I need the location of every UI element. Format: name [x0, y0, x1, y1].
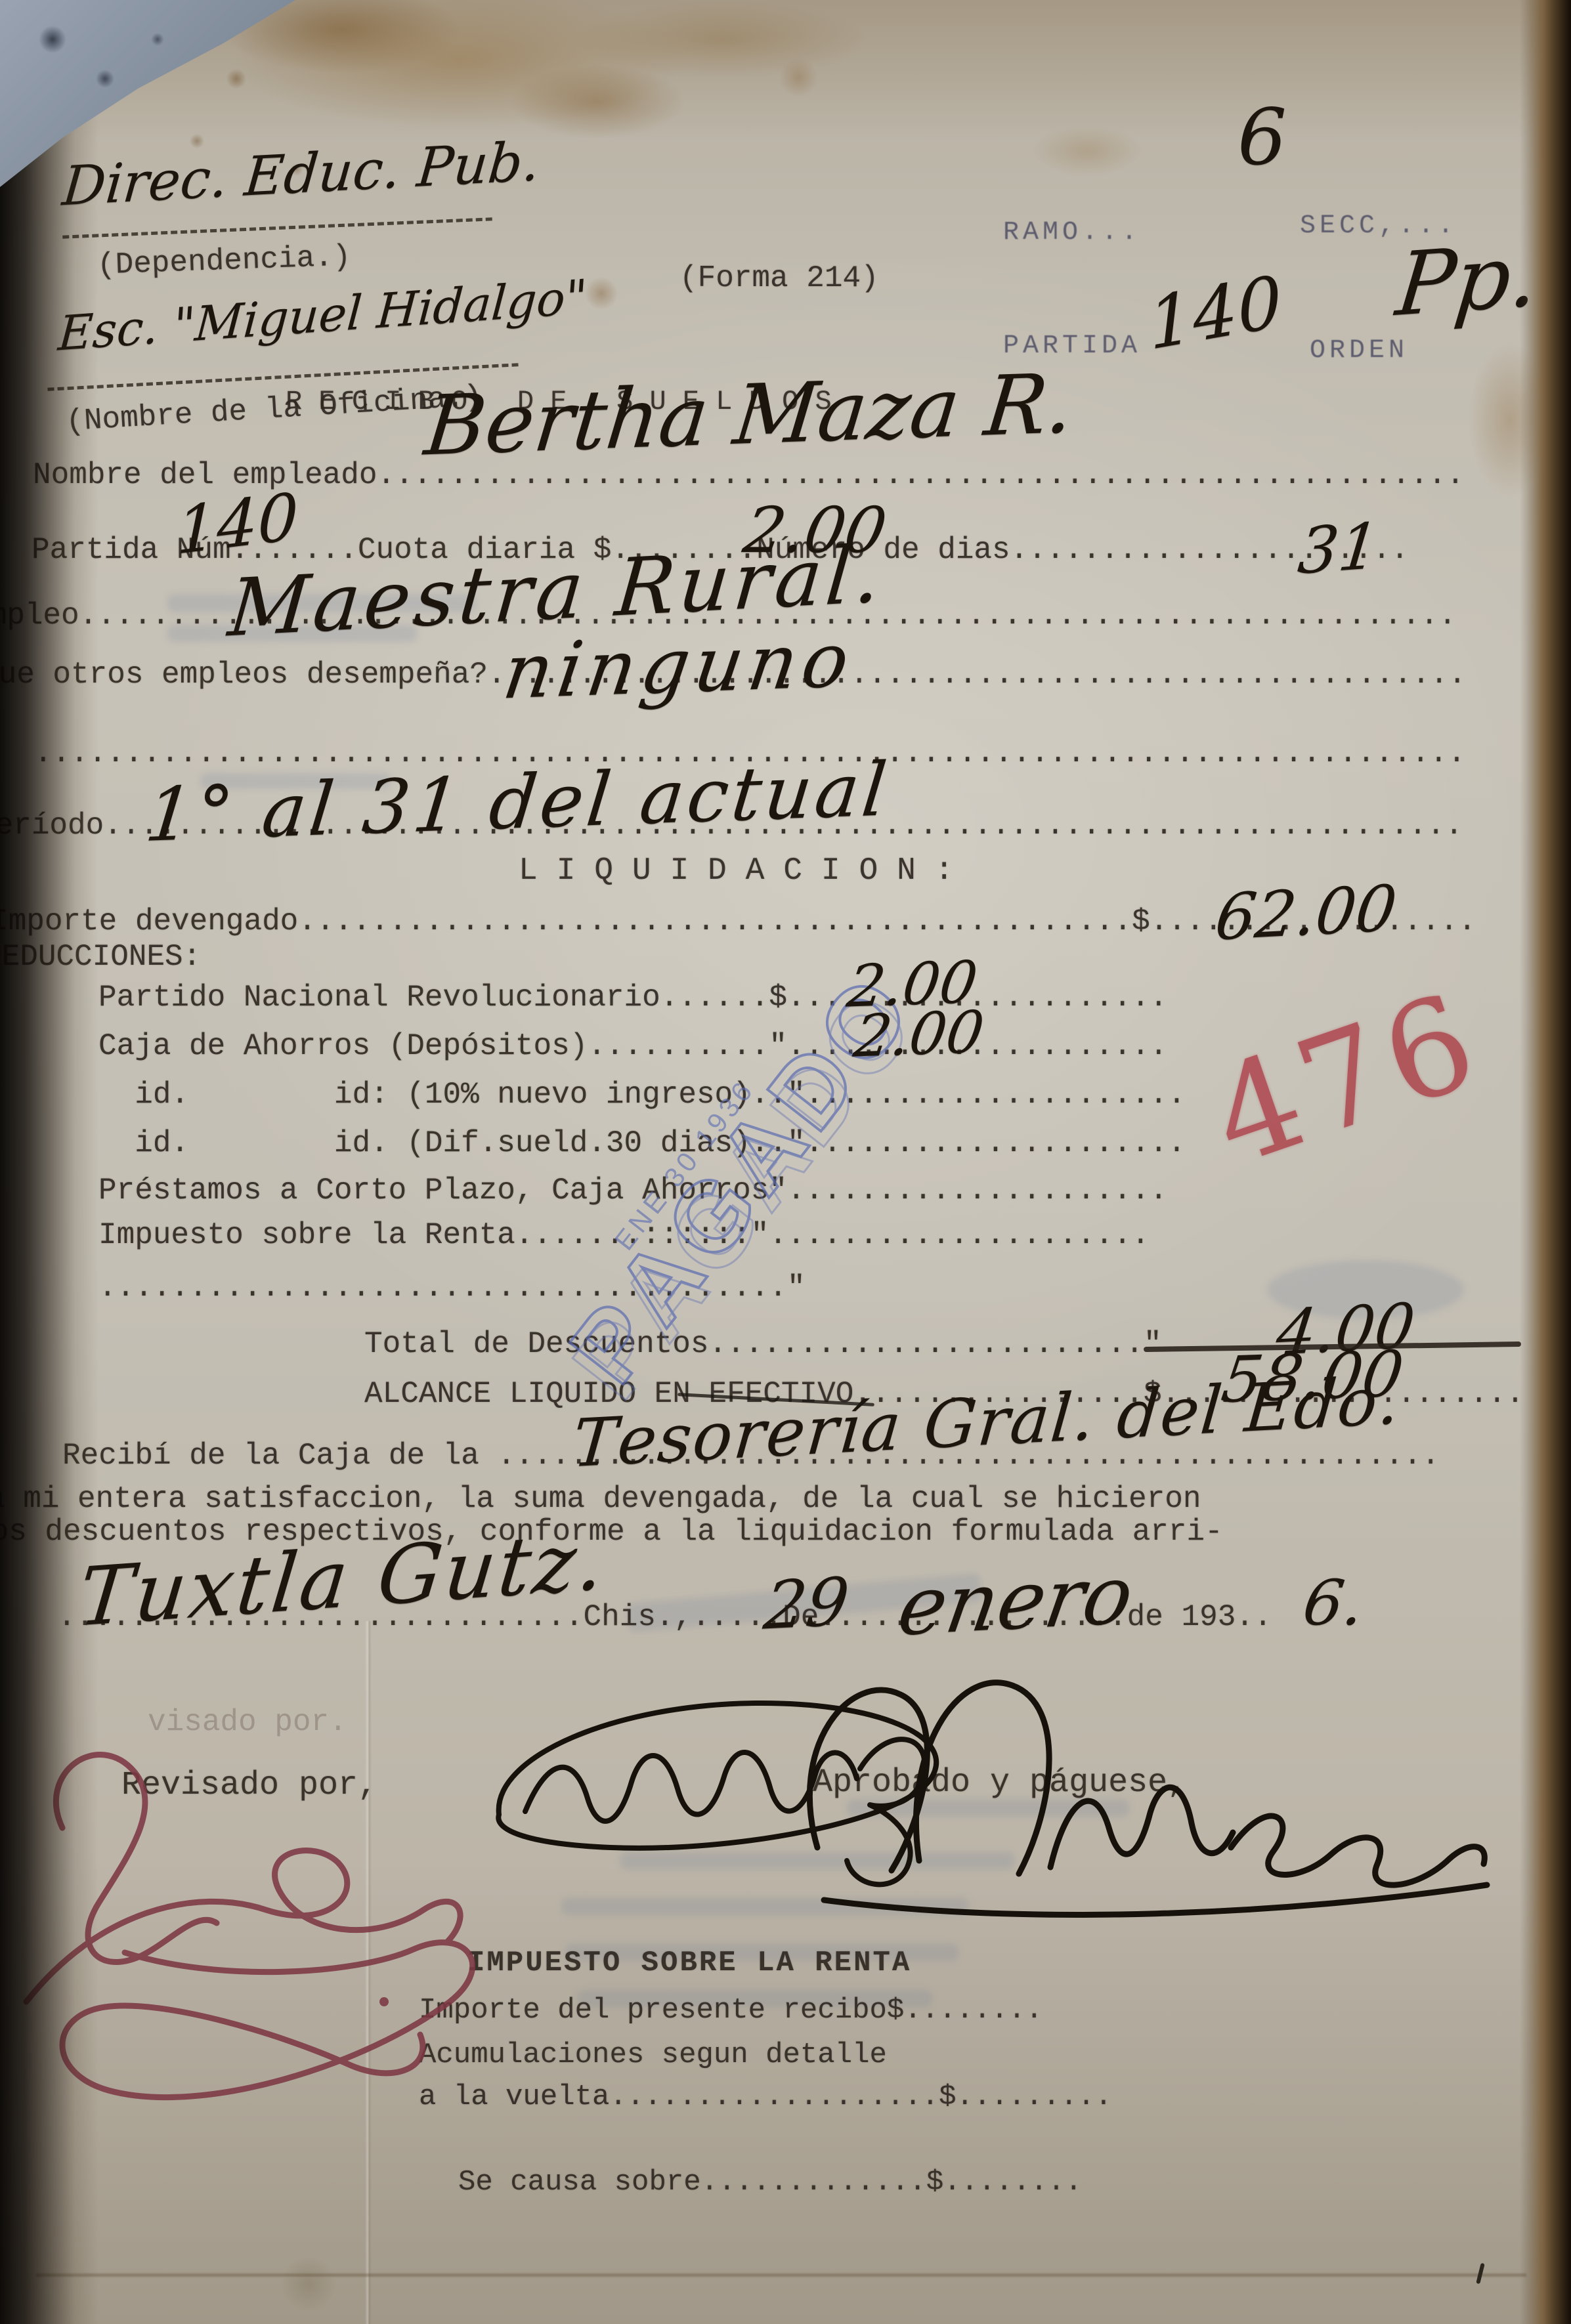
- renta-title: IMPUESTO SOBRE LA RENTA: [467, 1947, 911, 1979]
- page-stack-edge: [1520, 0, 1571, 2324]
- year-digit-handwritten: 6.: [1299, 1567, 1368, 1639]
- renta-line: Se causa sobre.............$........: [458, 2166, 1083, 2199]
- body-text-line: a mi entera satisfaccion, la suma deveng…: [0, 1482, 1201, 1516]
- form-number: (Forma 214): [679, 261, 879, 295]
- dias-handwritten: 31: [1295, 509, 1383, 589]
- horizontal-crease: [36, 2273, 1526, 2277]
- liquidacion-heading: L I Q U I D A C I O N :: [519, 853, 954, 889]
- otros-empleos-handwritten: ninguno: [498, 616, 860, 716]
- day-handwritten: 29: [760, 1563, 853, 1645]
- month-handwritten: enero: [892, 1548, 1140, 1654]
- ramo-handwritten: 6: [1237, 92, 1287, 182]
- book-binding-edge: [0, 0, 98, 2324]
- deduction-value-handwritten: 2.00: [850, 998, 988, 1070]
- orden-stamp-label: ORDEN: [1310, 336, 1408, 366]
- partida-num-handwritten: 140: [176, 479, 299, 570]
- scanned-document-page: Direc. Educ. Pub. (Dependencia.) Esc. "M…: [0, 0, 1571, 2324]
- importe-devengado-handwritten: 62.00: [1211, 871, 1400, 954]
- aprobado-signature: [709, 1647, 1523, 1949]
- ramo-stamp-label: RAMO...: [1003, 218, 1141, 247]
